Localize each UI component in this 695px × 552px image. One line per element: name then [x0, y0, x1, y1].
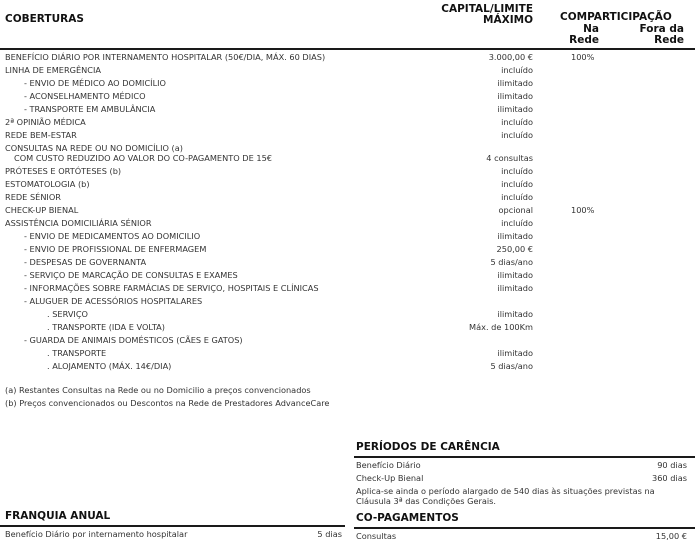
coverage-value: Máx. de 100Km [333, 321, 533, 334]
coverage-label: BENEFÍCIO DIÁRIO POR INTERNAMENTO HOSPIT… [5, 51, 325, 64]
coverage-row: - SERVIÇO DE MARCAÇÃO DE CONSULTAS E EXA… [0, 269, 533, 282]
coverage-label: - GUARDA DE ANIMAIS DOMÉSTICOS (CÃES E G… [5, 334, 243, 347]
franquia-value: 5 dias [317, 528, 342, 540]
coverage-header-divider [0, 48, 695, 50]
coverage-value: ilimitado [333, 103, 533, 116]
coverage-label: REDE BEM-ESTAR [5, 129, 77, 142]
coverage-row: REDE SÉNIORincluído [0, 191, 533, 204]
coverage-row: - INFORMAÇÕES SOBRE FARMÁCIAS DE SERVIÇO… [0, 282, 533, 295]
coverage-row: - ALUGUER DE ACESSÓRIOS HOSPITALARES [0, 295, 533, 308]
copagamentos-label: Consultas [356, 530, 396, 542]
carencia-row: Check-Up Bienal 360 dias [356, 472, 687, 484]
na-rede-value: 100% [571, 51, 594, 64]
coverage-label: ESTOMATOLOGIA (b) [5, 178, 90, 191]
copagamentos-row: Consultas 15,00 € [356, 530, 687, 542]
coverage-label: - TRANSPORTE EM AMBULÂNCIA [5, 103, 155, 116]
coverage-value: opcional [333, 204, 533, 217]
coverage-value: incluído [333, 217, 533, 230]
coverage-label: - ENVIO DE MÉDICO AO DOMICÍLIO [5, 77, 166, 90]
coverage-row: REDE BEM-ESTARincluído [0, 129, 533, 142]
coverage-label: CHECK-UP BIENAL [5, 204, 78, 217]
coverage-value: 4 consultas [333, 152, 533, 165]
coverage-label: - ALUGUER DE ACESSÓRIOS HOSPITALARES [5, 295, 202, 308]
coverage-label: . TRANSPORTE (IDA E VOLTA) [5, 321, 165, 334]
coverage-value: incluído [333, 165, 533, 178]
coverage-label: COM CUSTO REDUZIDO AO VALOR DO CO-PAGAME… [5, 152, 272, 165]
carencia-divider [354, 456, 695, 458]
coverage-value: ilimitado [333, 308, 533, 321]
coverage-label: PRÓTESES E ORTÓTESES (b) [5, 165, 121, 178]
coverage-value: ilimitado [333, 230, 533, 243]
carencia-value: 90 dias [657, 459, 687, 471]
coverage-label: . TRANSPORTE [5, 347, 106, 360]
carencia-title: PERÍODOS DE CARÊNCIA [356, 441, 500, 453]
coverage-row: . ALOJAMENTO (MÁX. 14€/DIA)5 dias/ano [0, 360, 533, 373]
coverage-row: - DESPESAS DE GOVERNANTA5 dias/ano [0, 256, 533, 269]
coverage-label: . SERVIÇO [5, 308, 88, 321]
coverage-value: 5 dias/ano [333, 360, 533, 373]
coverage-row: PRÓTESES E ORTÓTESES (b)incluído [0, 165, 533, 178]
coverage-value: 3.000,00 € [333, 51, 533, 64]
coverage-row: CHECK-UP BIENALopcional100% [0, 204, 533, 217]
coverage-label: LINHA DE EMERGÊNCIA [5, 64, 101, 77]
coverage-label: - SERVIÇO DE MARCAÇÃO DE CONSULTAS E EXA… [5, 269, 238, 282]
coverage-row: - ENVIO DE PROFISSIONAL DE ENFERMAGEM250… [0, 243, 533, 256]
carencia-label: Check-Up Bienal [356, 472, 423, 484]
coverage-row: - TRANSPORTE EM AMBULÂNCIAilimitado [0, 103, 533, 116]
coverage-value: incluído [333, 129, 533, 142]
coverage-value: ilimitado [333, 77, 533, 90]
coverage-row: COM CUSTO REDUZIDO AO VALOR DO CO-PAGAME… [0, 152, 533, 165]
na-rede-value: 100% [571, 204, 594, 217]
coverage-row: 2ª OPINIÃO MÉDICAincluído [0, 116, 533, 129]
copagamentos-title: CO-PAGAMENTOS [356, 512, 459, 524]
coverage-label: - ENVIO DE PROFISSIONAL DE ENFERMAGEM [5, 243, 206, 256]
coverage-row: ASSISTÊNCIA DOMICILIÁRIA SÉNIORincluído [0, 217, 533, 230]
coverage-row: - ENVIO DE MEDICAMENTOS AO DOMICILIOilim… [0, 230, 533, 243]
coverage-value: 5 dias/ano [333, 256, 533, 269]
coverage-label: REDE SÉNIOR [5, 191, 61, 204]
coverage-value: ilimitado [333, 282, 533, 295]
coverage-row: - GUARDA DE ANIMAIS DOMÉSTICOS (CÃES E G… [0, 334, 533, 347]
fora-rede-header: Fora da Rede [628, 24, 684, 46]
franquia-divider [0, 525, 345, 527]
coverage-row: . SERVIÇOilimitado [0, 308, 533, 321]
coverage-value: incluído [333, 116, 533, 129]
franquia-label: Benefício Diário por internamento hospit… [5, 528, 187, 540]
fora-rede-line2: Rede [628, 35, 684, 46]
coverage-value: ilimitado [333, 269, 533, 282]
coverage-label: 2ª OPINIÃO MÉDICA [5, 116, 86, 129]
coverage-label: ASSISTÊNCIA DOMICILIÁRIA SÉNIOR [5, 217, 152, 230]
coverage-row: . TRANSPORTEilimitado [0, 347, 533, 360]
copagamentos-divider [354, 527, 695, 529]
carencia-note: Aplica-se ainda o período alargado de 54… [356, 486, 691, 506]
coverage-value: incluído [333, 64, 533, 77]
coverage-label: . ALOJAMENTO (MÁX. 14€/DIA) [5, 360, 171, 373]
coverage-value: ilimitado [333, 347, 533, 360]
coverage-label: - DESPESAS DE GOVERNANTA [5, 256, 146, 269]
coverage-value: ilimitado [333, 90, 533, 103]
coverage-row: . TRANSPORTE (IDA E VOLTA)Máx. de 100Km [0, 321, 533, 334]
copagamentos-value: 15,00 € [656, 530, 687, 542]
comparticipacao-header: COMPARTICIPAÇÃO [560, 12, 672, 23]
coverage-value: incluído [333, 178, 533, 191]
coverage-label: - INFORMAÇÕES SOBRE FARMÁCIAS DE SERVIÇO… [5, 282, 319, 295]
coverage-label: - ENVIO DE MEDICAMENTOS AO DOMICILIO [5, 230, 200, 243]
footnote: (a) Restantes Consultas na Rede ou no Do… [5, 384, 311, 397]
franquia-title: FRANQUIA ANUAL [5, 510, 110, 522]
footnote: (b) Preços convencionados ou Descontos n… [5, 397, 329, 410]
coverage-title: COBERTURAS [5, 13, 84, 25]
na-rede-header: Na Rede [556, 24, 599, 46]
coverage-value: 250,00 € [333, 243, 533, 256]
franquia-row: Benefício Diário por internamento hospit… [5, 528, 342, 540]
coverage-row: - ACONSELHAMENTO MÉDICOilimitado [0, 90, 533, 103]
coverage-value: incluído [333, 191, 533, 204]
coverage-row: ESTOMATOLOGIA (b)incluído [0, 178, 533, 191]
capital-header-line2: MÁXIMO [420, 15, 533, 26]
coverage-label: - ACONSELHAMENTO MÉDICO [5, 90, 146, 103]
coverage-row: BENEFÍCIO DIÁRIO POR INTERNAMENTO HOSPIT… [0, 51, 533, 64]
carencia-row: Benefício Diário 90 dias [356, 459, 687, 471]
capital-limit-header: CAPITAL/LIMITE MÁXIMO [420, 4, 533, 26]
carencia-label: Benefício Diário [356, 459, 421, 471]
coverage-row: LINHA DE EMERGÊNCIAincluído [0, 64, 533, 77]
carencia-value: 360 dias [652, 472, 687, 484]
coverage-row: - ENVIO DE MÉDICO AO DOMICÍLIOilimitado [0, 77, 533, 90]
